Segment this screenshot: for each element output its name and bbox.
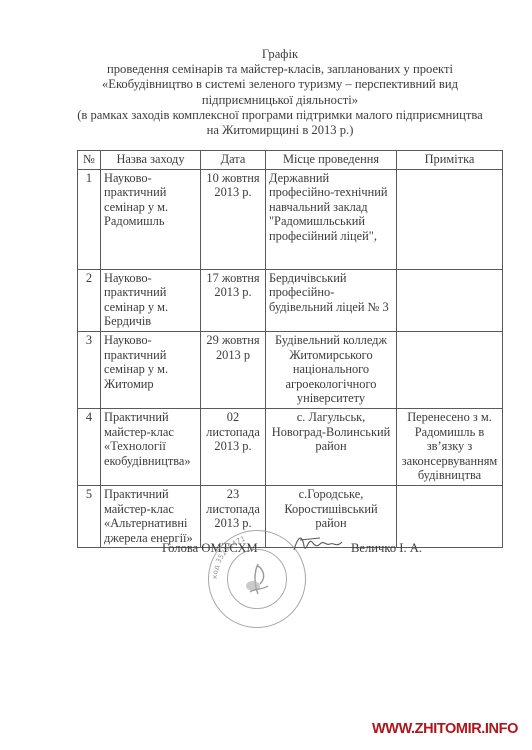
cell-venue-line: Коростишівський: [269, 502, 393, 517]
cell-date-line: 02: [204, 410, 262, 425]
cell-note-line: будівництва: [400, 468, 499, 483]
cell-venue: Бердичівськийпрофесійно-будівельний ліце…: [266, 269, 397, 331]
cell-date-line: 29 жовтня: [204, 333, 262, 348]
cell-note-line: Перенесено з м.: [400, 410, 499, 425]
cell-date-line: 2013 р.: [204, 285, 262, 300]
header-venue: Місце проведення: [266, 151, 397, 170]
cell-event-name-line: Науково-: [104, 171, 197, 186]
cell-venue-line: Житомирського: [269, 348, 393, 363]
stamp-emblem-icon: [244, 562, 272, 596]
cell-venue-line: університету: [269, 391, 393, 406]
cell-venue: Будівельний колледжЖитомирськогонаціонал…: [266, 331, 397, 408]
cell-event-name: Практичниймайстер-клас«Альтернативніджер…: [101, 485, 201, 547]
cell-venue-line: агроекологічного: [269, 377, 393, 392]
cell-event-name-line: практичний: [104, 285, 197, 300]
cell-event-name-line: майстер-клас: [104, 502, 197, 517]
cell-venue-line: будівельний ліцей № 3: [269, 300, 393, 315]
cell-note-line: законсервуванням: [400, 454, 499, 469]
subtitle-line: підприємницької діяльності»: [60, 93, 500, 108]
cell-date-line: листопада: [204, 502, 262, 517]
table-header-row: № Назва заходу Дата Місце проведення При…: [78, 151, 503, 170]
cell-event-name-line: екобудівництва»: [104, 454, 197, 469]
cell-event-name-line: Житомир: [104, 377, 197, 392]
cell-event-name: Науково-практичнийсемінар у м.Радомишль: [101, 169, 201, 269]
cell-note-line: Радомишль в: [400, 425, 499, 440]
cell-event-name-line: Бердичів: [104, 314, 197, 329]
cell-number: 5: [78, 485, 101, 547]
header-event-name: Назва заходу: [101, 151, 201, 170]
cell-date-line: 10 жовтня: [204, 171, 262, 186]
cell-note: [397, 331, 503, 408]
cell-venue-line: район: [269, 516, 393, 531]
subtitle-line: (в рамках заходів комплексної програми п…: [60, 108, 500, 123]
cell-venue-line: район: [269, 439, 393, 454]
cell-number: 4: [78, 408, 101, 485]
cell-event-name-line: семінар у м.: [104, 362, 197, 377]
table-row: 2Науково-практичнийсемінар у м.Бердичів1…: [78, 269, 503, 331]
schedule-table: № Назва заходу Дата Місце проведення При…: [77, 150, 503, 548]
cell-note-line: зв’язку з: [400, 439, 499, 454]
cell-note: [397, 485, 503, 547]
cell-venue-line: національного: [269, 362, 393, 377]
cell-date-line: 2013 р.: [204, 439, 262, 454]
cell-venue-line: с. Лагульськ,: [269, 410, 393, 425]
document-title: Графік: [60, 47, 500, 62]
cell-venue-line: с.Городське,: [269, 487, 393, 502]
cell-venue-line: навчальний заклад: [269, 200, 393, 215]
cell-date-line: 17 жовтня: [204, 271, 262, 286]
subtitle-line: проведення семінарів та майстер-класів, …: [60, 62, 500, 77]
table-row: 3Науково-практичнийсемінар у м.Житомир29…: [78, 331, 503, 408]
subtitle-line: на Житомирщині в 2013 р.): [60, 123, 500, 138]
cell-venue: с. Лагульськ,Новоград-Волинськийрайон: [266, 408, 397, 485]
cell-number: 1: [78, 169, 101, 269]
cell-event-name: Практичниймайстер-клас«Технологіїекобуді…: [101, 408, 201, 485]
cell-event-name: Науково-практичнийсемінар у м.Житомир: [101, 331, 201, 408]
site-watermark: WWW.ZHITOMIR.INFO: [372, 721, 518, 737]
cell-event-name-line: практичний: [104, 348, 197, 363]
cell-event-name-line: практичний: [104, 185, 197, 200]
header-date: Дата: [201, 151, 266, 170]
cell-venue-line: професійно-: [269, 285, 393, 300]
cell-venue-line: професійно-технічний: [269, 185, 393, 200]
cell-venue: Державнийпрофесійно-технічнийнавчальний …: [266, 169, 397, 269]
handwritten-signature-icon: [290, 532, 350, 556]
header-note: Примітка: [397, 151, 503, 170]
cell-event-name-line: «Технології: [104, 439, 197, 454]
cell-event-name-line: семінар у м.: [104, 200, 197, 215]
cell-date-line: 2013 р.: [204, 516, 262, 531]
table-row: 4Практичниймайстер-клас«Технологіїекобуд…: [78, 408, 503, 485]
cell-venue-line: Новоград-Волинський: [269, 425, 393, 440]
cell-event-name-line: Радомишль: [104, 214, 197, 229]
cell-event-name-line: Науково-: [104, 333, 197, 348]
cell-venue-line: Бердичівський: [269, 271, 393, 286]
cell-event-name-line: майстер-клас: [104, 425, 197, 440]
cell-event-name-line: Практичний: [104, 410, 197, 425]
cell-event-name-line: семінар у м.: [104, 300, 197, 315]
cell-date-line: 23: [204, 487, 262, 502]
cell-event-name-line: Науково-: [104, 271, 197, 286]
cell-event-name-line: Практичний: [104, 487, 197, 502]
table-row: 1Науково-практичнийсемінар у м.Радомишль…: [78, 169, 503, 269]
cell-event-name: Науково-практичнийсемінар у м.Бердичів: [101, 269, 201, 331]
cell-date: 17 жовтня2013 р.: [201, 269, 266, 331]
cell-date: 29 жовтня2013 р: [201, 331, 266, 408]
cell-number: 3: [78, 331, 101, 408]
cell-venue-line: Державний: [269, 171, 393, 186]
cell-venue-line: професійний ліцей",: [269, 229, 393, 244]
cell-event-name-line: «Альтернативні: [104, 516, 197, 531]
cell-date-line: 2013 р.: [204, 185, 262, 200]
cell-date: 02листопада2013 р.: [201, 408, 266, 485]
signatory-name: Величко І. А.: [351, 541, 422, 556]
header-number: №: [78, 151, 101, 170]
cell-date: 10 жовтня2013 р.: [201, 169, 266, 269]
cell-date-line: листопада: [204, 425, 262, 440]
cell-note: Перенесено з м.Радомишль взв’язку ззакон…: [397, 408, 503, 485]
cell-venue-line: "Радомишльський: [269, 214, 393, 229]
cell-number: 2: [78, 269, 101, 331]
document-header: Графік проведення семінарів та майстер-к…: [60, 47, 500, 138]
cell-note: [397, 269, 503, 331]
cell-venue-line: Будівельний колледж: [269, 333, 393, 348]
subtitle-line: «Екобудівництво в системі зеленого туриз…: [60, 77, 500, 92]
cell-note: [397, 169, 503, 269]
cell-date-line: 2013 р: [204, 348, 262, 363]
